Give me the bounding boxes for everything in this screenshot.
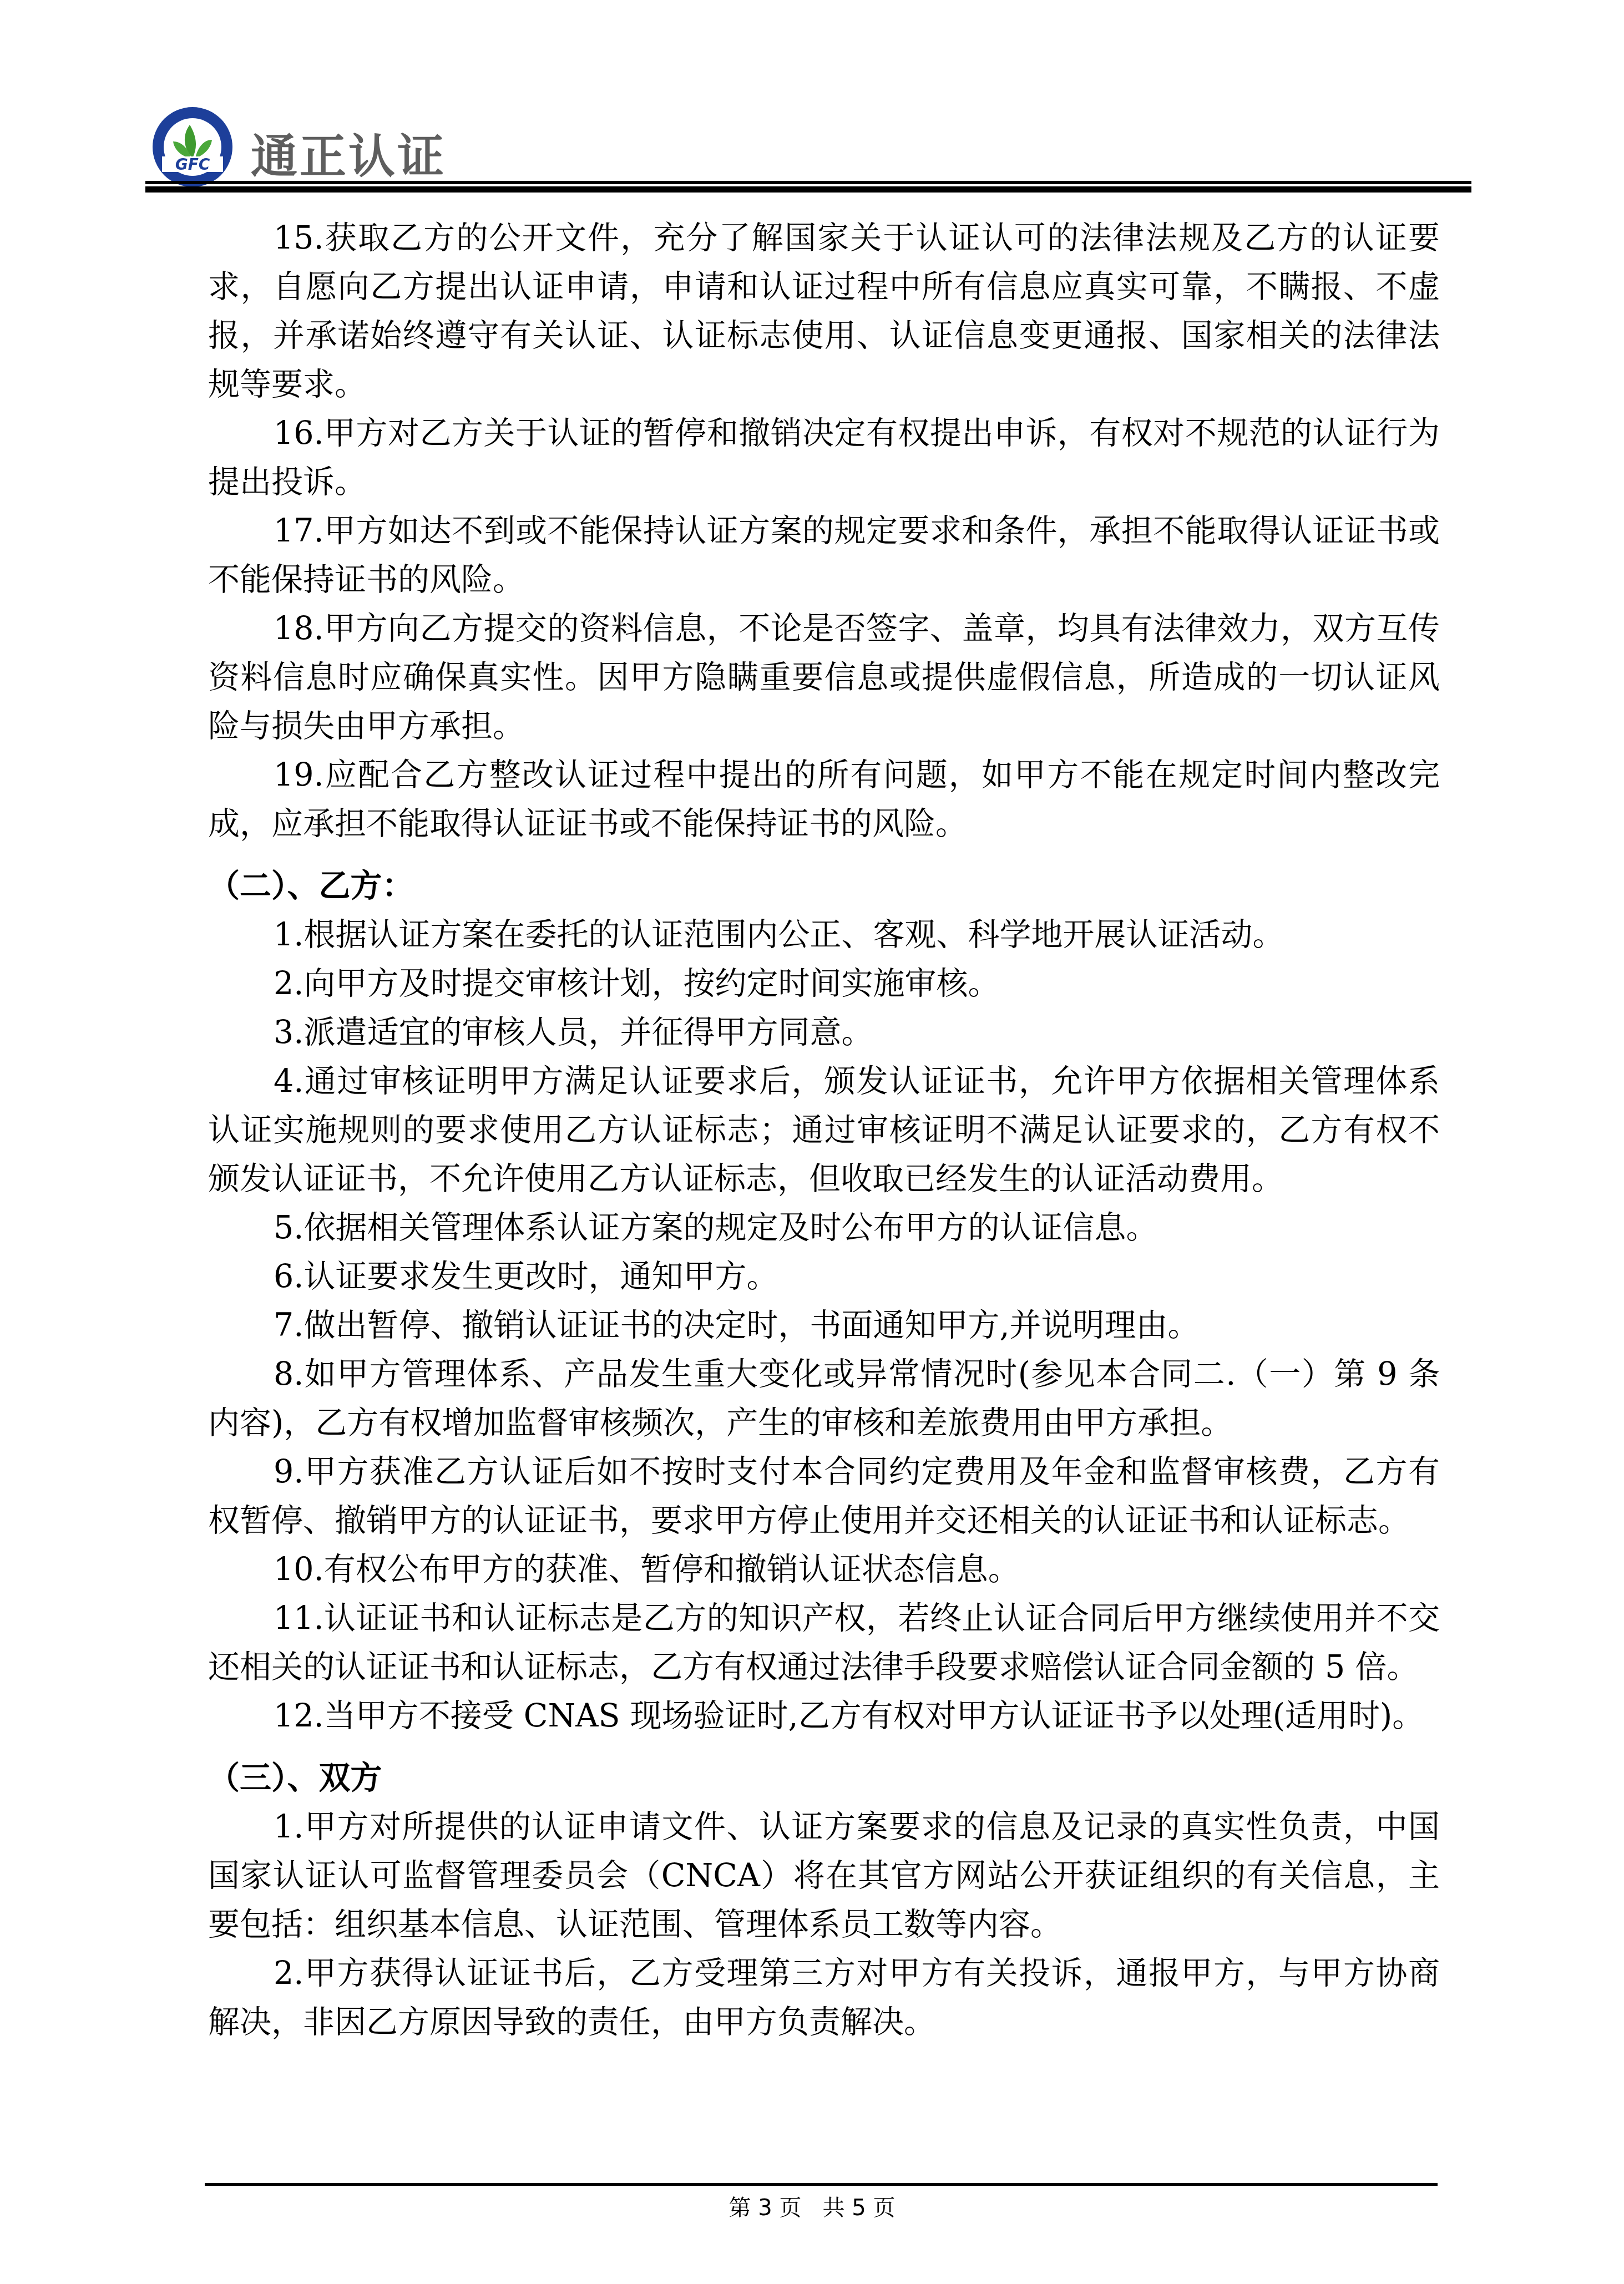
clause-a-18: 18.甲方向乙方提交的资料信息，不论是否签字、盖章，均具有法律效力，双方互传资料… xyxy=(208,604,1440,751)
document-body: 15.获取乙方的公开文件，充分了解国家关于认证认可的法律法规及乙方的认证要求，自… xyxy=(208,214,1440,2047)
page-footer: 第 3 页 共 5 页 xyxy=(0,2194,1624,2222)
clause-both-1: 1.甲方对所提供的认证申请文件、认证方案要求的信息及记录的真实性负责，中国国家认… xyxy=(208,1802,1440,1949)
clause-b-12: 12.当甲方不接受 CNAS 现场验证时,乙方有权对甲方认证证书予以处理(适用时… xyxy=(208,1692,1440,1740)
clause-b-5: 5.依据相关管理体系认证方案的规定及时公布甲方的认证信息。 xyxy=(208,1203,1440,1252)
current-page-number: 3 xyxy=(758,2195,772,2221)
clause-both-2: 2.甲方获得认证证书后，乙方受理第三方对甲方有关投诉，通报甲方，与甲方协商解决，… xyxy=(208,1949,1440,2047)
section-heading-party-b: （二）、乙方： xyxy=(208,862,1440,910)
clause-b-4: 4.通过审核证明甲方满足认证要求后，颁发认证证书，允许甲方依据相关管理体系认证实… xyxy=(208,1057,1440,1203)
page-header: GFC 通正认证 xyxy=(145,105,1471,194)
clause-a-16: 16.甲方对乙方关于认证的暂停和撤销决定有权提出申诉，有权对不规范的认证行为提出… xyxy=(208,409,1440,507)
clause-a-19: 19.应配合乙方整改认证过程中提出的所有问题，如甲方不能在规定时间内整改完成，应… xyxy=(208,751,1440,848)
clause-a-17: 17.甲方如达不到或不能保持认证方案的规定要求和条件，承担不能取得认证证书或不能… xyxy=(208,507,1440,604)
clause-b-7: 7.做出暂停、撤销认证证书的决定时，书面通知甲方,并说明理由。 xyxy=(208,1301,1440,1350)
clause-b-6: 6.认证要求发生更改时，通知甲方。 xyxy=(208,1252,1440,1301)
header-divider-thin xyxy=(145,181,1471,184)
clause-b-2: 2.向甲方及时提交审核计划，按约定时间实施审核。 xyxy=(208,959,1440,1008)
clause-b-8: 8.如甲方管理体系、产品发生重大变化或异常情况时(参见本合同二.（一）第 9 条… xyxy=(208,1350,1440,1447)
gfc-logo-icon: GFC xyxy=(151,105,234,189)
clause-a-15: 15.获取乙方的公开文件，充分了解国家关于认证认可的法律法规及乙方的认证要求，自… xyxy=(208,214,1440,409)
header-divider-thick xyxy=(145,186,1471,193)
footer-page-word: 页 xyxy=(779,2195,801,2221)
footer-total-prefix: 共 xyxy=(823,2195,845,2221)
clause-b-1: 1.根据认证方案在委托的认证范围内公正、客观、科学地开展认证活动。 xyxy=(208,910,1440,959)
brand-name: 通正认证 xyxy=(251,133,446,180)
clause-b-11: 11.认证证书和认证标志是乙方的知识产权，若终止认证合同后甲方继续使用并不交还相… xyxy=(208,1594,1440,1692)
section-heading-both-parties: （三）、双方 xyxy=(208,1754,1440,1802)
footer-prefix: 第 xyxy=(729,2195,751,2221)
clause-b-3: 3.派遣适宜的审核人员，并征得甲方同意。 xyxy=(208,1008,1440,1057)
clause-b-9: 9.甲方获准乙方认证后如不按时支付本合同约定费用及年金和监督审核费，乙方有权暂停… xyxy=(208,1447,1440,1545)
total-pages-number: 5 xyxy=(852,2195,866,2221)
footer-page-word-2: 页 xyxy=(873,2195,895,2221)
clause-b-10: 10.有权公布甲方的获准、暂停和撤销认证状态信息。 xyxy=(208,1545,1440,1594)
svg-text:GFC: GFC xyxy=(175,155,210,174)
footer-divider xyxy=(205,2183,1438,2186)
